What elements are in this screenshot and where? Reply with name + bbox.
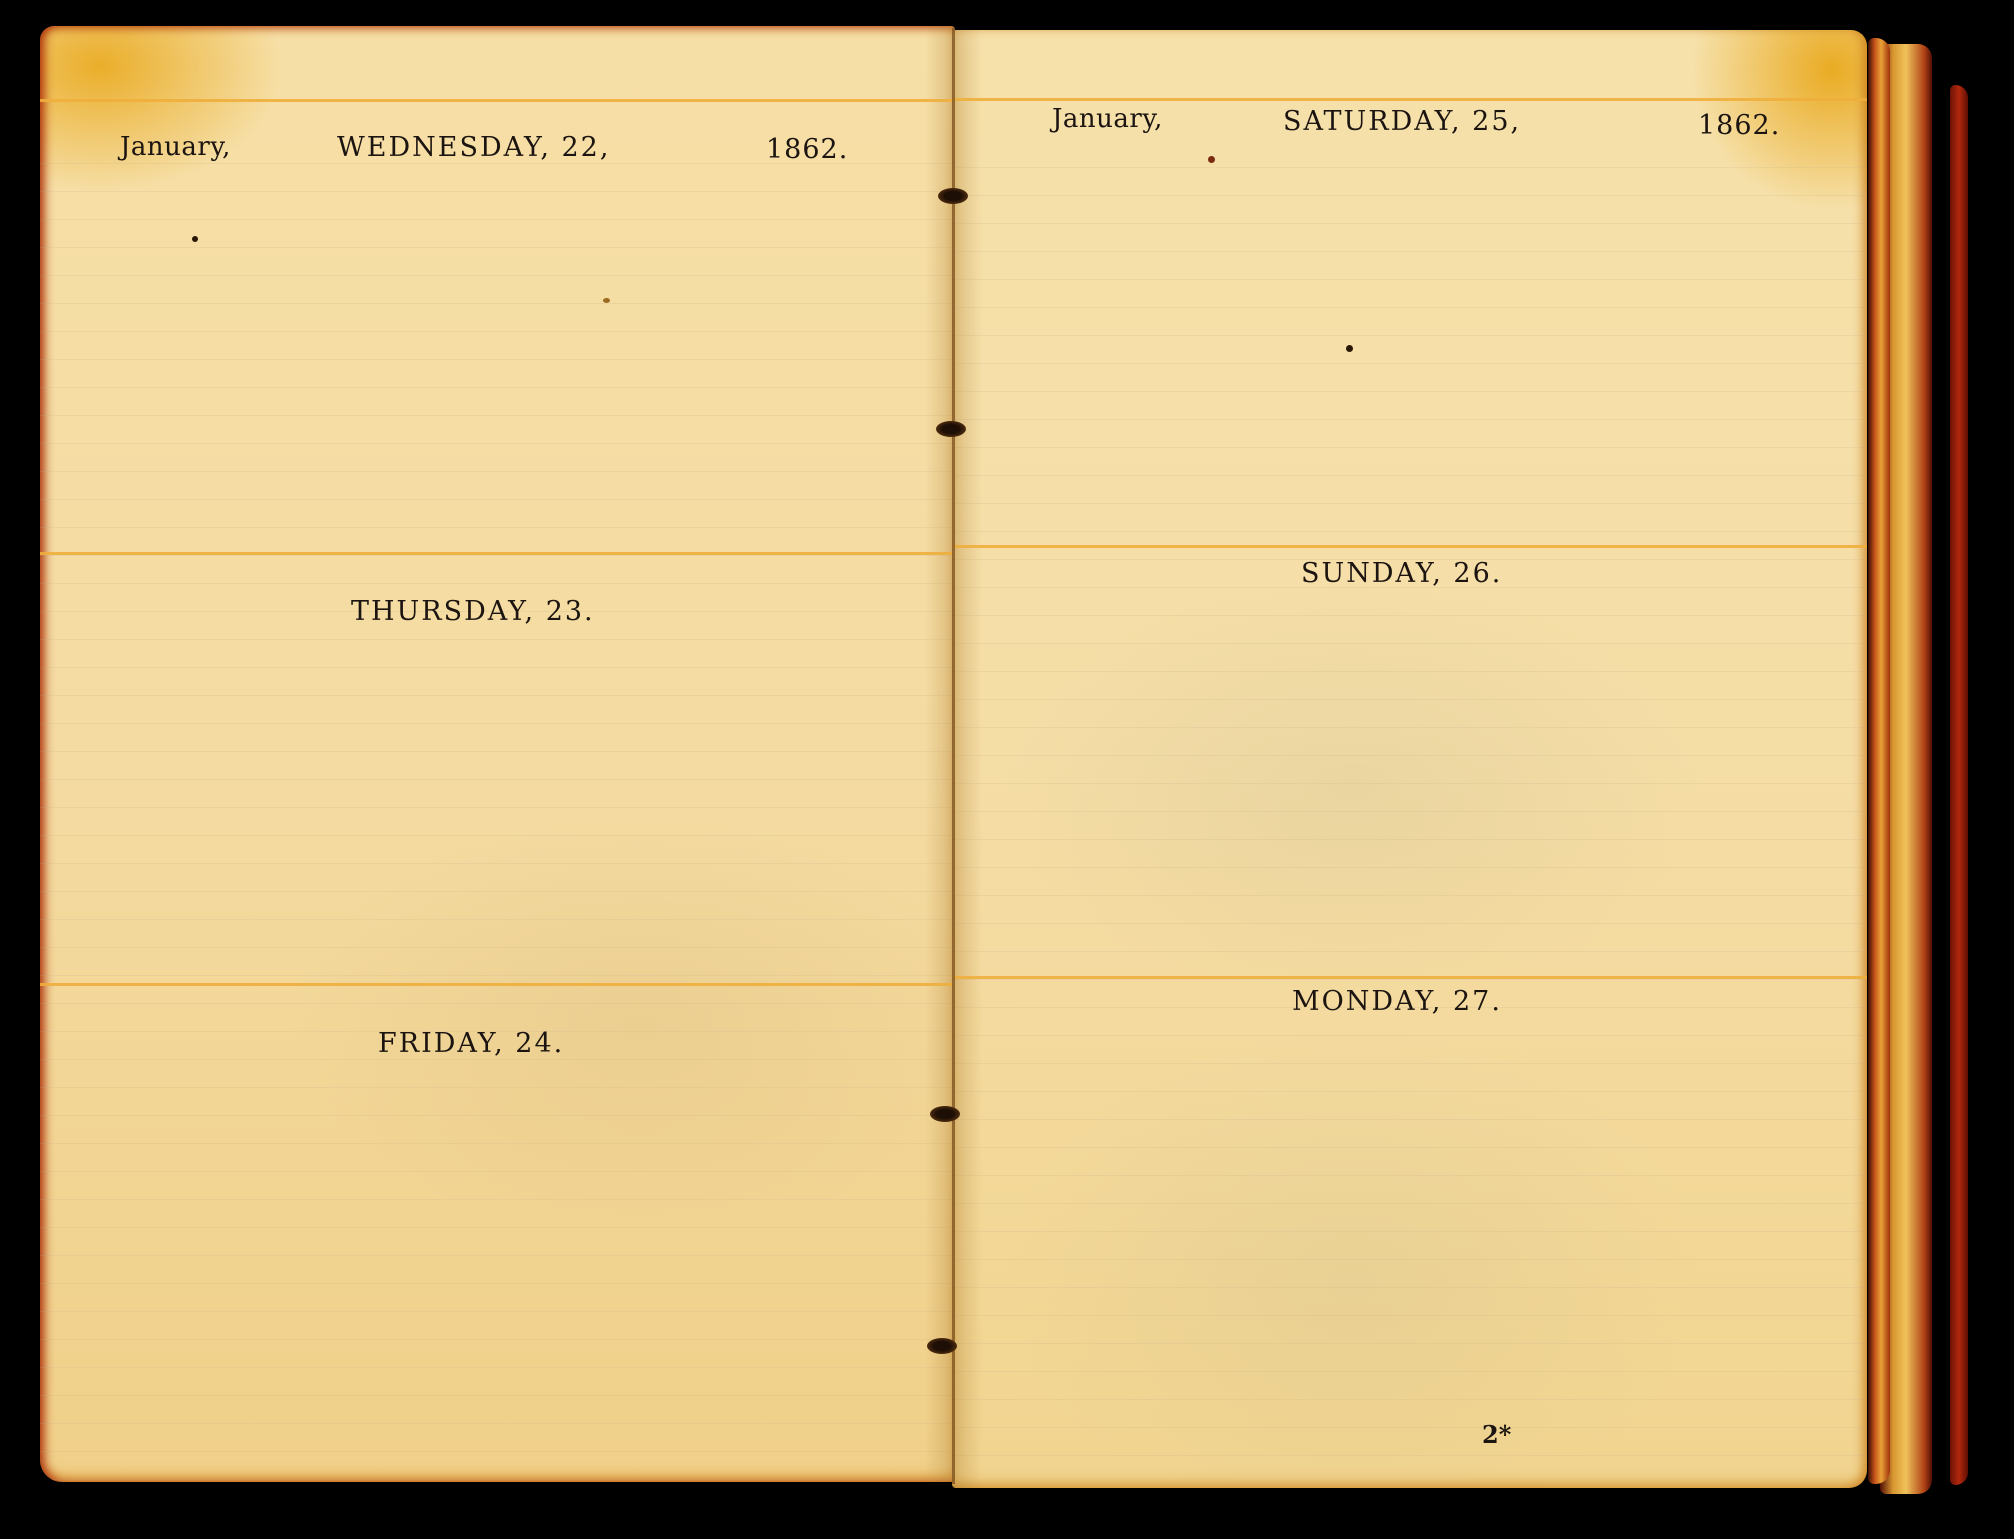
section-divider [40, 552, 955, 555]
header-rule [952, 98, 1867, 101]
section-label-monday: MONDAY, 27. [1292, 986, 1502, 1017]
signature-mark: 2* [1482, 1420, 1511, 1449]
page-fore-edge [1868, 38, 1890, 1484]
header-day: SATURDAY, 25, [1283, 106, 1521, 137]
ink-speck [1208, 156, 1215, 163]
section-label-sunday: SUNDAY, 26. [1301, 558, 1502, 589]
book-cover-edge [1950, 85, 1968, 1485]
spine-fold [952, 28, 955, 1484]
binding-stitch [936, 421, 966, 437]
gutter-shadow [925, 26, 955, 1482]
ink-speck [192, 236, 198, 242]
ink-speck [603, 298, 610, 303]
ruled-lines [40, 136, 955, 1482]
ruled-lines [952, 140, 1867, 1488]
left-page: January, WEDNESDAY, 22, 1862. THURSDAY, … [40, 26, 955, 1482]
header-month: January, [120, 132, 231, 162]
section-divider [952, 545, 1867, 548]
right-page: January, SATURDAY, 25, 1862. SUNDAY, 26.… [952, 30, 1867, 1488]
section-label-thursday: THURSDAY, 23. [351, 596, 595, 627]
binding-stitch [930, 1106, 960, 1122]
section-divider [40, 983, 955, 986]
header-day: WEDNESDAY, 22, [337, 132, 610, 163]
binding-stitch [938, 188, 968, 204]
binding-stitch [927, 1338, 957, 1354]
section-label-friday: FRIDAY, 24. [378, 1028, 564, 1059]
header-year: 1862. [1698, 110, 1780, 141]
header-month: January, [1052, 104, 1163, 134]
ink-speck [1346, 345, 1353, 352]
gutter-shadow [952, 30, 982, 1488]
header-rule [40, 99, 955, 102]
section-divider [952, 976, 1867, 979]
header-year: 1862. [766, 134, 848, 165]
